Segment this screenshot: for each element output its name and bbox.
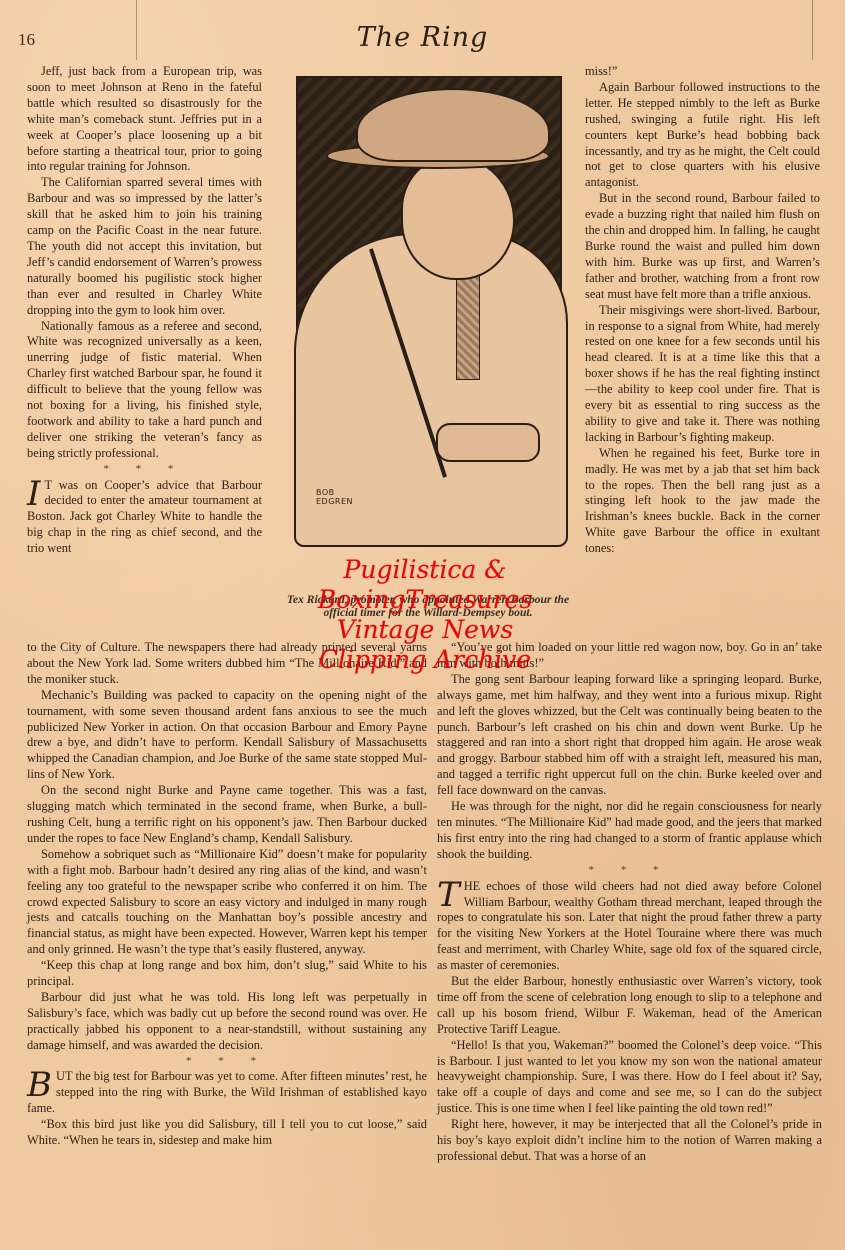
masthead-title: The Ring [0,22,845,53]
figure-tie [456,268,480,380]
right-column-bottom: “You’ve got him loaded on your little re… [437,640,822,1165]
paragraph: Somehow a sobriquet such as “Millionaire… [27,847,427,958]
right-column-top: miss!” Again Barbour followed instructio… [585,64,820,557]
paragraph-text: T was on Cooper’s advice that Bar­bour d… [27,478,262,556]
magazine-page: 16 The Ring Jeff, just back from a Europ… [0,0,845,1250]
paragraph: Right here, however, it may be interject… [437,1117,822,1165]
paragraph: Nationally famous as a referee and secon… [27,319,262,462]
paragraph: Mechanic’s Building was packed to capaci… [27,688,427,783]
left-column-top: Jeff, just back from a European trip, wa… [27,64,262,557]
section-opening-paragraph: T HE echoes of those wild cheers had not… [437,879,822,974]
paragraph: “You’ve got him loaded on your little re… [437,640,822,672]
paragraph-continuation: to the City of Culture. The newspapers t… [27,640,427,688]
drop-cap: B [27,1071,52,1099]
figure-hand [436,423,540,462]
paragraph: “Hello! Is that you, Wakeman?” boomed th… [437,1038,822,1118]
paragraph: “Keep this chap at long range and box hi… [27,958,427,990]
paper-crease [812,0,813,60]
paragraph-text: UT the big test for Barbour was yet to c… [27,1069,427,1115]
watermark-line: Pugilistica & [300,555,550,585]
paper-crease [136,0,137,60]
paragraph: Their misgivings were short-lived. Barbo… [585,303,820,446]
paragraph: But the elder Barbour, honestly enthusia… [437,974,822,1038]
paragraph: Barbour did just what he was told. His l… [27,990,427,1054]
section-separator: * * * [437,863,822,879]
paragraph: Again Barbour followed instructions to t… [585,80,820,191]
paragraph: miss!” [585,64,820,80]
left-column-bottom: to the City of Culture. The newspapers t… [27,640,427,1149]
paragraph: When he regained his feet, Burke tore in… [585,446,820,557]
section-separator: * * * [27,462,262,478]
drop-cap: T [437,881,460,909]
section-opening-paragraph: B UT the big test for Barbour was yet to… [27,1069,427,1117]
section-separator: * * * [27,1054,427,1070]
paragraph: “Box this bird just like you did Salisbu… [27,1117,427,1149]
paragraph: On the second night Burke and Payne came… [27,783,427,847]
paragraph: But in the second round, Barbour failed … [585,191,820,302]
paragraph: The gong sent Barbour leaping forward li… [437,672,822,799]
artist-signature: BOB EDGREN [316,488,353,506]
section-opening-paragraph: I T was on Cooper’s advice that Bar­bour… [27,478,262,558]
paragraph: He was through for the night, nor did he… [437,799,822,863]
paragraph: Jeff, just back from a European trip, wa… [27,64,262,175]
paragraph-text: HE echoes of those wild cheers had not d… [437,879,822,973]
paragraph: The Californian sparred several times wi… [27,175,262,318]
portrait-illustration: BOB EDGREN [286,68,568,548]
figure-head [401,156,515,280]
drop-cap: I [27,480,40,508]
illustration-caption: Tex Rickard, promoter, who appointed War… [283,593,573,619]
